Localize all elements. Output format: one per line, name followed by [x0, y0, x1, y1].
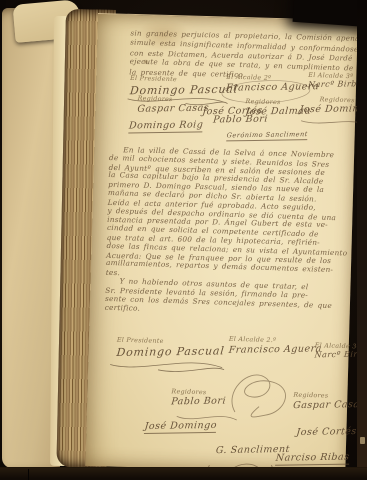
signature-name: Francisco Aguera	[228, 343, 322, 355]
signature: El Presidente Domingo Pascual	[116, 337, 225, 360]
photo-right-edge	[357, 0, 367, 480]
signature-name: Gaspar Casas	[137, 103, 210, 115]
signature: José Domingo	[144, 419, 217, 434]
right-edge-speck	[360, 437, 365, 444]
table-surface-shadow	[0, 467, 367, 480]
signature-name: Pablo Bori	[171, 396, 227, 408]
signature: El Alcalde 2.º Francisco Aguera	[229, 336, 323, 357]
bottom-shadow-line	[28, 469, 29, 480]
signature: Regidores Pablo Bori	[171, 388, 226, 408]
manuscript-photo: sin grandes perjuicios al propietario, l…	[0, 0, 367, 480]
signature-name: Gaspar Casas	[293, 399, 366, 411]
acta-paragraph: En la villa de Cassá de la Selva á once …	[105, 145, 350, 319]
signature: El Alcalde 3º Narcº Birba	[308, 72, 362, 90]
signature: El Alcalde 2º Francisco Aguera	[226, 74, 320, 95]
signature-name: Narcº Birba	[308, 79, 363, 89]
signature: Regidores Gaspar Casas	[293, 392, 365, 412]
signature-name: Gerónimo Sancliment	[226, 130, 308, 141]
signature: José Cortés	[296, 426, 357, 439]
signature-name: Domingo Roig	[128, 119, 203, 133]
signature-name: Domingo Pascual	[116, 344, 225, 359]
signature-name: José Cortés	[296, 426, 357, 438]
signature-name: José Domingo	[144, 420, 218, 434]
signature: Pablo Bori	[213, 113, 268, 126]
manuscript-page: sin grandes perjuicios al propietario, l…	[85, 13, 358, 473]
signature-name: Narciso Ribas	[275, 452, 350, 466]
signature-name: Pablo Bori	[213, 114, 269, 126]
rubric-flourish	[108, 356, 228, 375]
signature-name: Francisco Aguera	[226, 81, 320, 93]
signature: Narciso Ribas	[275, 451, 349, 466]
signature: Domingo Roig	[129, 119, 204, 134]
signature: Regidores Gaspar Casas	[137, 95, 209, 115]
signature: Gerónimo Sancliment	[227, 130, 308, 142]
